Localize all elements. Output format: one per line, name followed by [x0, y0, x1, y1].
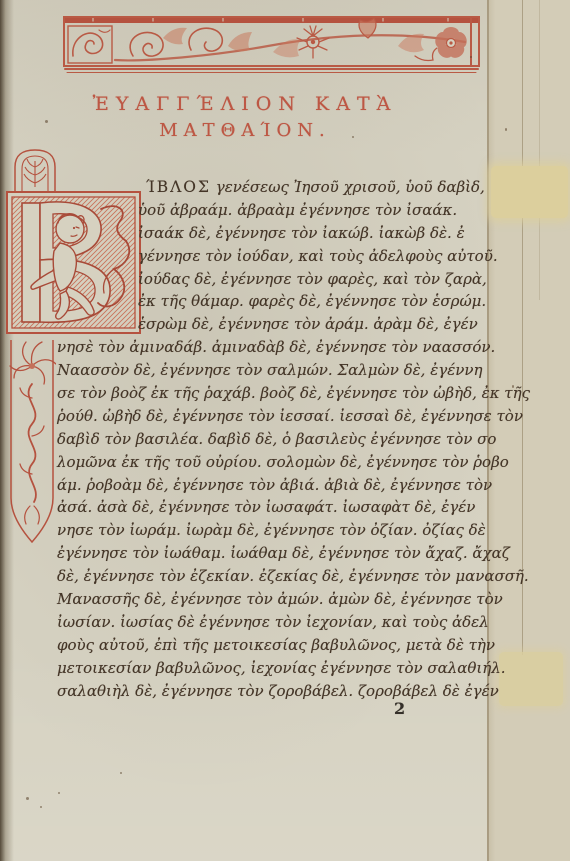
foxing-speck [45, 120, 48, 123]
text-line: δαβὶδ τὸν βασιλέα. δαβὶδ δὲ, ὁ βασιλεὺς … [0, 428, 482, 451]
text-line: ἐκ τῆς θάμαρ. φαρὲς δὲ, ἐγέννησε τὸν ἑσρ… [0, 290, 482, 313]
text-line: Ναασσὸν δὲ, ἐγέννησε τὸν σαλμών. Σαλμὼν … [0, 359, 482, 382]
foxing-speck [470, 56, 472, 58]
page-edge-line [539, 0, 540, 300]
page-edge-line [522, 0, 523, 655]
text-line: σε τὸν βοὸζ ἐκ τῆς ῥαχάβ. βοὸζ δὲ, ἐγένν… [0, 382, 482, 405]
full-width-lines: νησὲ τὸν ἀμιναδάβ. ἀμιναδὰβ δὲ, ἐγέννησε… [0, 336, 482, 702]
page-title: ἘΥΑΓΓΈΛΙΟΝ ΚΑΤᾺ ΜΑΤΘΑΊΟΝ. [40, 92, 450, 143]
carnation-flower [297, 26, 329, 58]
text-line: φοὺς αὐτοῦ, ἐπὶ τῆς μετοικεσίας βαβυλῶνο… [0, 634, 482, 657]
band-scrollwork [68, 18, 469, 63]
incipit-rest: γενέσεως Ἰησοῦ χρισοῦ, ὑοῦ δαβὶδ, [211, 178, 485, 196]
text-line: νησὲ τὸν ἀμιναδάβ. ἀμιναδὰβ δὲ, ἐγέννησε… [0, 336, 482, 359]
foxing-speck [58, 792, 60, 794]
book-page: ἘΥΑΓΓΈΛΙΟΝ ΚΑΤᾺ ΜΑΤΘΑΊΟΝ. [0, 0, 570, 861]
text-line: ἀσά. ἀσὰ δὲ, ἐγέννησε τὸν ἰωσαφάτ. ἰωσαφ… [0, 496, 482, 519]
foxing-speck [352, 136, 354, 138]
foxing-speck [40, 806, 42, 808]
text-line: ἰσαάκ δὲ, ἐγέννησε τὸν ἰακώβ. ἰακὼβ δὲ. … [0, 222, 482, 245]
text-line: νησε τὸν ἰωράμ. ἰωρὰμ δὲ, ἐγέννησε τὸν ὀ… [0, 519, 482, 542]
repair-patch [499, 652, 563, 706]
text-line: λομῶνα ἐκ τῆς τοῦ οὐρίου. σολομὼν δὲ, ἐγ… [0, 451, 482, 474]
rose-flower [433, 27, 468, 61]
foxing-speck [120, 772, 122, 774]
text-line: ἐγέννησε τὸν ἰωάθαμ. ἰωάθαμ δὲ, ἐγέννησε… [0, 542, 482, 565]
headpiece-ornament [63, 16, 480, 74]
text-line: ἰωσίαν. ἰωσίας δὲ ἐγέννησε τὸν ἰεχονίαν,… [0, 611, 482, 634]
text-line: ΊΒΛΟΣ γενέσεως Ἰησοῦ χρισοῦ, ὑοῦ δαβὶδ, [0, 176, 482, 199]
text-line: ὑοῦ ἀβραάμ. ἀβραὰμ ἐγέννησε τὸν ἰσαάκ. [0, 199, 482, 222]
text-line: ἰούδας δὲ, ἐγέννησε τὸν φαρὲς, καὶ τὸν ζ… [0, 268, 482, 291]
text-line: μετοικεσίαν βαβυλῶνος, ἰεχονίας ἐγέννησε… [0, 657, 482, 680]
text-line: ῥούθ. ὠβὴδ δὲ, ἐγέννησε τὸν ἰεσσαί. ἰεσσ… [0, 405, 482, 428]
indented-lines: ὑοῦ ἀβραάμ. ἀβραὰμ ἐγέννησε τὸν ἰσαάκ.ἰσ… [0, 199, 482, 336]
repair-patch [491, 166, 568, 218]
foxing-speck [512, 385, 514, 388]
text-line: Μανασσῆς δὲ, ἐγέννησε τὸν ἀμών. ἀμὼν δὲ,… [0, 588, 482, 611]
signature-mark: 2 [394, 699, 405, 718]
text-line: σαλαθιὴλ δὲ, ἐγέννησε τὸν ζοροβάβελ. ζορ… [0, 680, 482, 703]
text-line: γέννησε τὸν ἰούδαν, καὶ τοὺς ἀδελφοὺς αὐ… [0, 245, 482, 268]
foxing-speck [26, 797, 29, 800]
page-title-line2: ΜΑΤΘΑΊΟΝ. [40, 119, 450, 143]
text-line: άμ. ῥοβοὰμ δὲ, ἐγέννησε τὸν ἀβιά. ἀβιὰ δ… [0, 474, 482, 497]
foxing-speck [505, 128, 507, 131]
incipit-caps: ΊΒΛΟΣ [146, 178, 211, 196]
text-block: ΊΒΛΟΣ γενέσεως Ἰησοῦ χρισοῦ, ὑοῦ δαβὶδ, … [0, 176, 482, 702]
text-line: ἑσρὼμ δὲ, ἐγέννησε τὸν ἀράμ. ἀρὰμ δὲ, ἐγ… [0, 313, 482, 336]
fore-edge [487, 0, 570, 861]
page-title-line1: ἘΥΑΓΓΈΛΙΟΝ ΚΑΤᾺ [40, 92, 450, 116]
text-line: δὲ, ἐγέννησε τὸν ἐζεκίαν. ἐζεκίας δὲ, ἐγ… [0, 565, 482, 588]
